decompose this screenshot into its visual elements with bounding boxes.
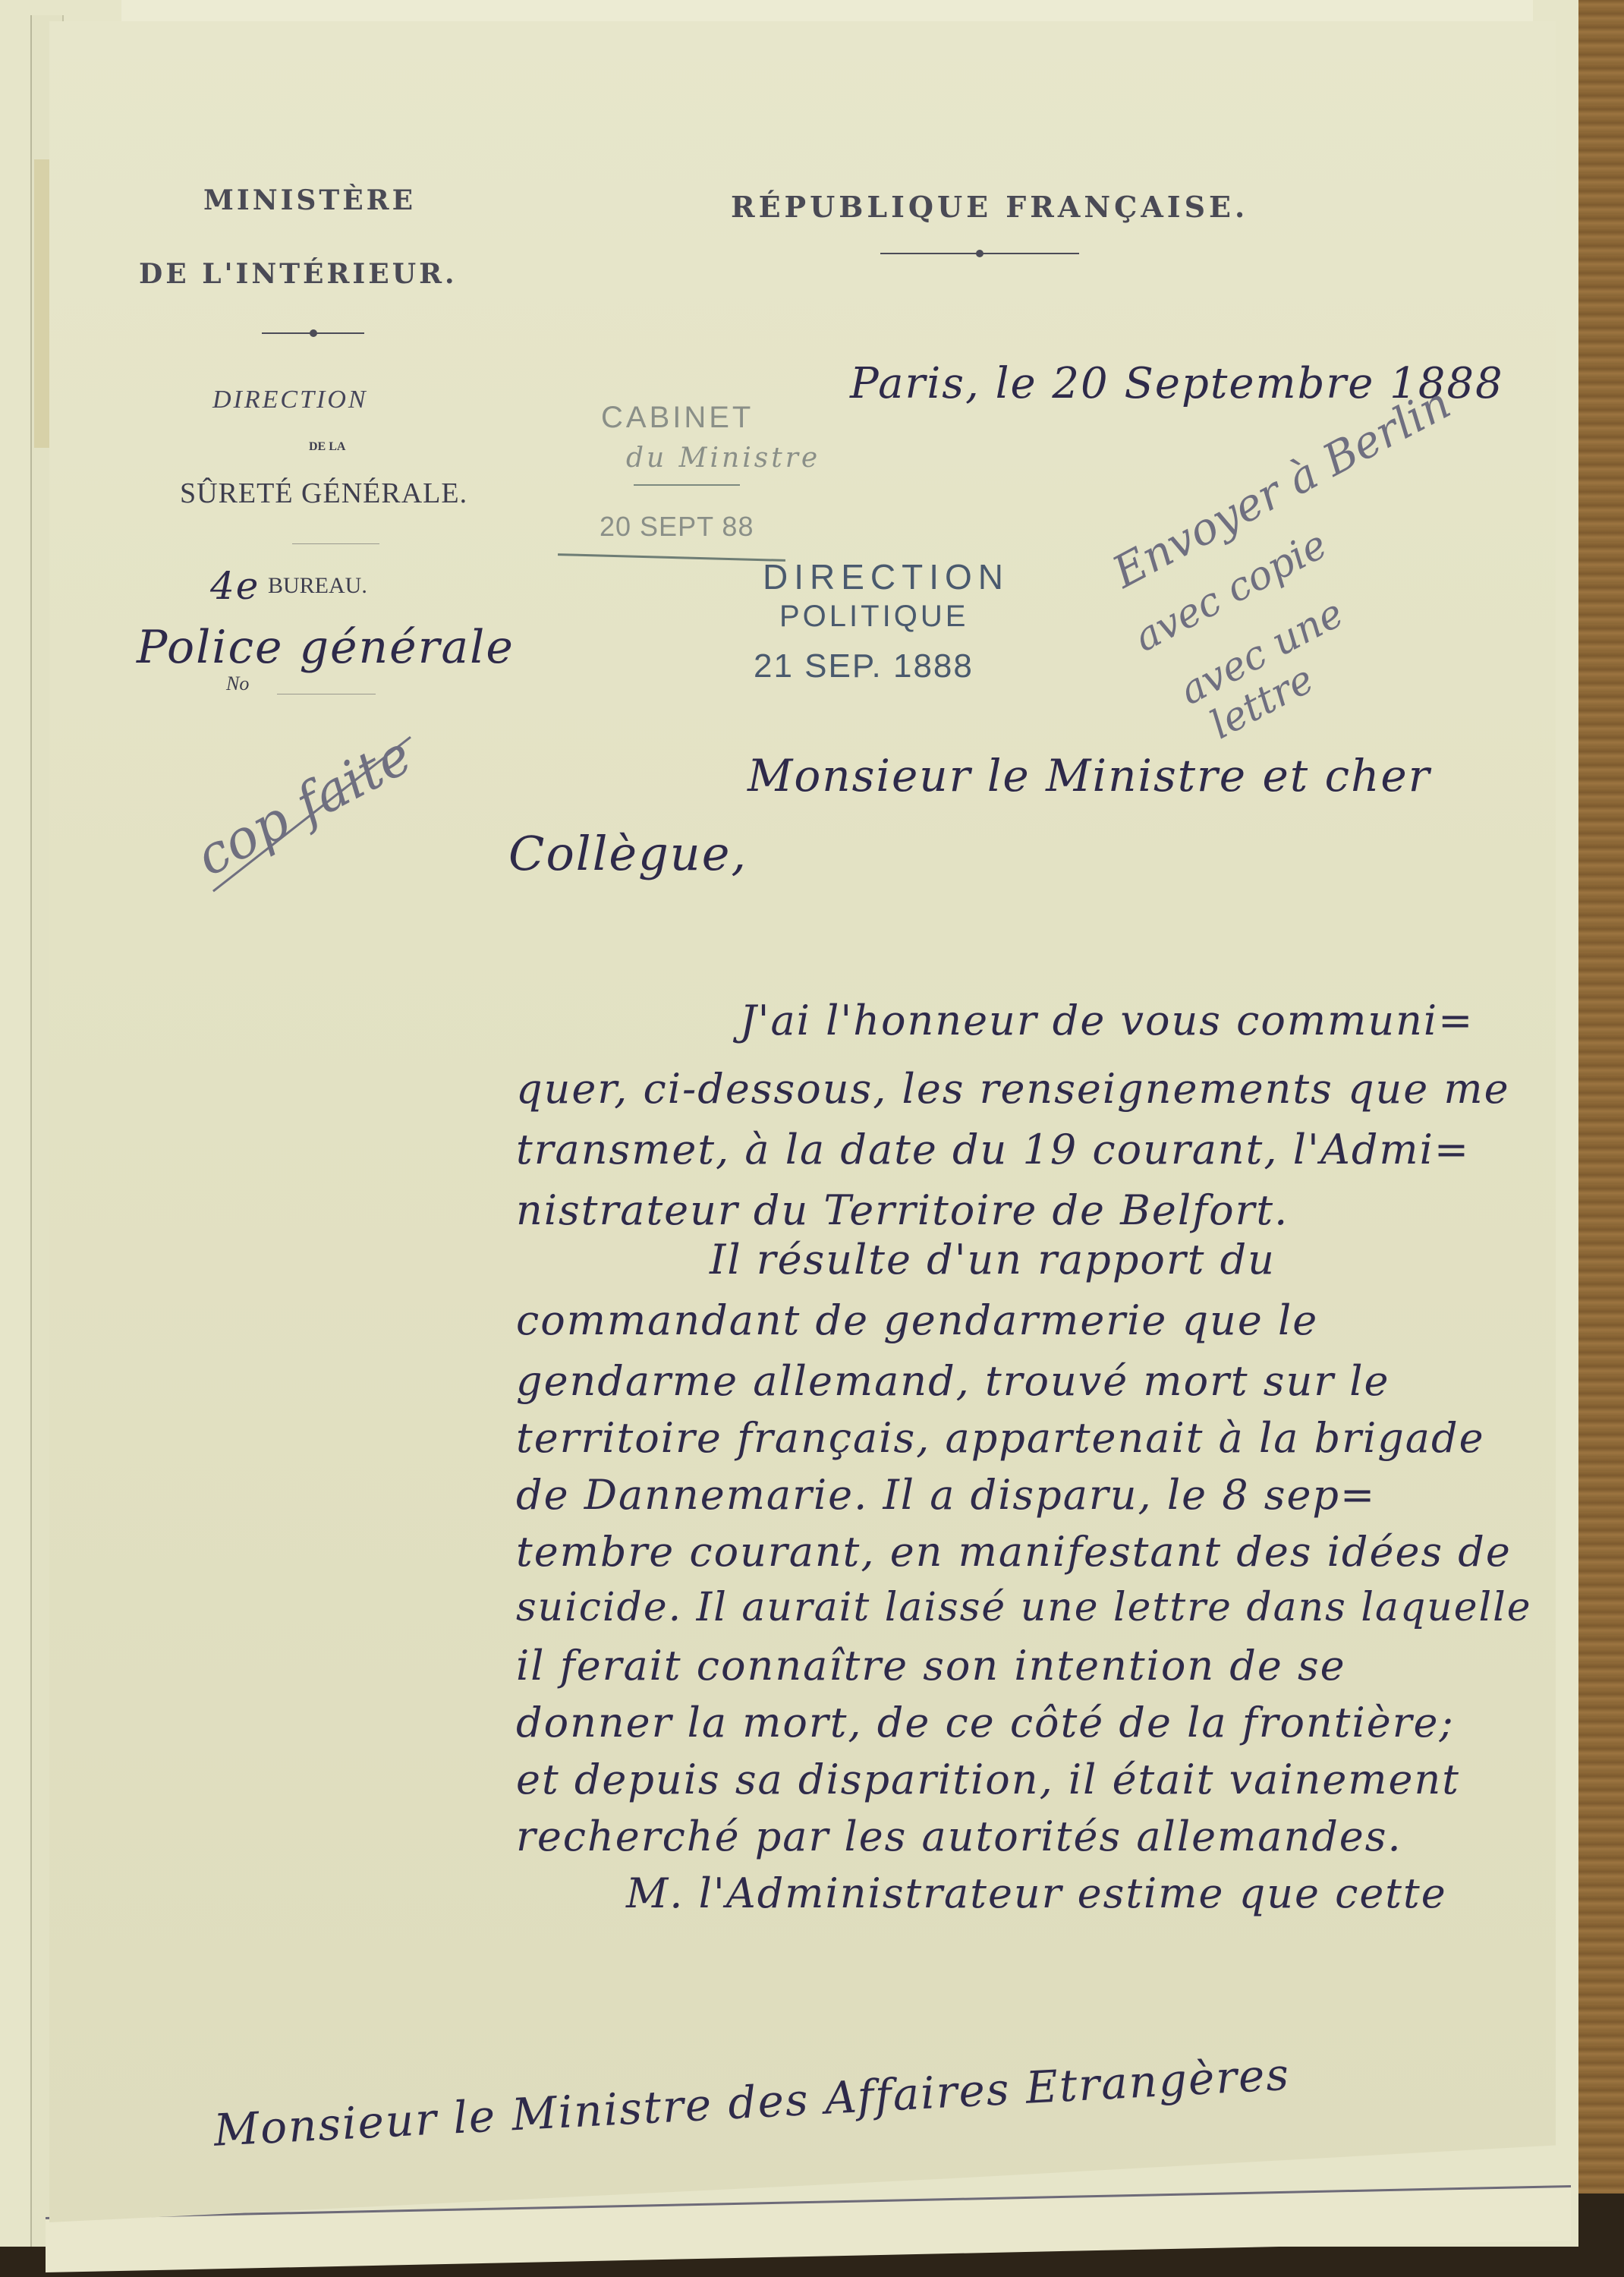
bureau-number-handwritten: 4e [210,564,260,608]
body-line: recherché par les autorités allemandes. [516,1812,1402,1860]
body-line: tembre courant, en manifestant des idées… [516,1528,1512,1576]
salutation-line-2: Collègue, [508,826,747,881]
direction-politique-stamp-date: 21 SEP. 1888 [754,647,974,685]
addressee-line: Monsieur le Ministre des Affaires Etrang… [212,2049,1292,2156]
direction-label: DIRECTION [212,386,368,414]
pencil-note-copy-made: cop faite [186,723,421,888]
direction-politique-stamp-line1: DIRECTION [763,556,1009,597]
body-line: de Dannemarie. Il a disparu, le 8 sep= [516,1471,1376,1519]
ornament-divider-left [262,332,364,334]
cabinet-stamp-rule-2 [558,553,785,562]
body-line: transmet, à la date du 19 courant, l'Adm… [516,1126,1470,1173]
de-la-label: DE LA [309,440,345,454]
cabinet-stamp-line2: du Ministre [626,442,820,474]
letter-page: MINISTÈRE DE L'INTÉRIEUR. DIRECTION DE L… [49,21,1556,2222]
divider-rule-left [292,543,379,544]
numero-rule [277,694,376,694]
body-line: quer, ci-dessous, les renseignements que… [516,1065,1510,1113]
bureau-label: BUREAU. [268,573,367,599]
direction-politique-stamp-line2: POLITIQUE [779,600,968,634]
republique-francaise-heading: RÉPUBLIQUE FRANÇAISE. [731,190,1248,224]
body-line: nistrateur du Territoire de Belfort. [516,1186,1289,1234]
cabinet-stamp-rule [634,484,740,486]
body-line: J'ai l'honneur de vous communi= [740,997,1474,1044]
salutation-line-1: Monsieur le Ministre et cher [747,750,1430,802]
body-line: il ferait connaître son intention de se [516,1642,1346,1690]
body-line: territoire français, appartenait à la br… [516,1414,1485,1462]
cabinet-stamp-date: 20 SEPT 88 [600,511,754,543]
bureau-subject-handwritten: Police générale [137,621,515,674]
cabinet-stamp-line1: CABINET [601,401,754,435]
body-line: et depuis sa disparition, il était vaine… [516,1756,1460,1803]
body-line: M. l'Administrateur estime que cette [626,1869,1447,1917]
body-line: gendarme allemand, trouvé mort sur le [516,1357,1390,1405]
numero-label: No [226,672,249,695]
body-line: suicide. Il aurait laissé une lettre dan… [516,1585,1532,1630]
ornament-divider-right [880,253,1079,254]
surete-generale-label: SÛRETÉ GÉNÉRALE. [180,477,467,510]
ministry-line-1: MINISTÈRE [203,184,416,216]
body-line: Il résulte d'un rapport du [710,1236,1276,1283]
body-line: donner la mort, de ce côté de la frontiè… [516,1699,1455,1746]
body-line: commandant de gendarmerie que le [516,1296,1318,1344]
ministry-line-2: DE L'INTÉRIEUR. [139,258,458,290]
